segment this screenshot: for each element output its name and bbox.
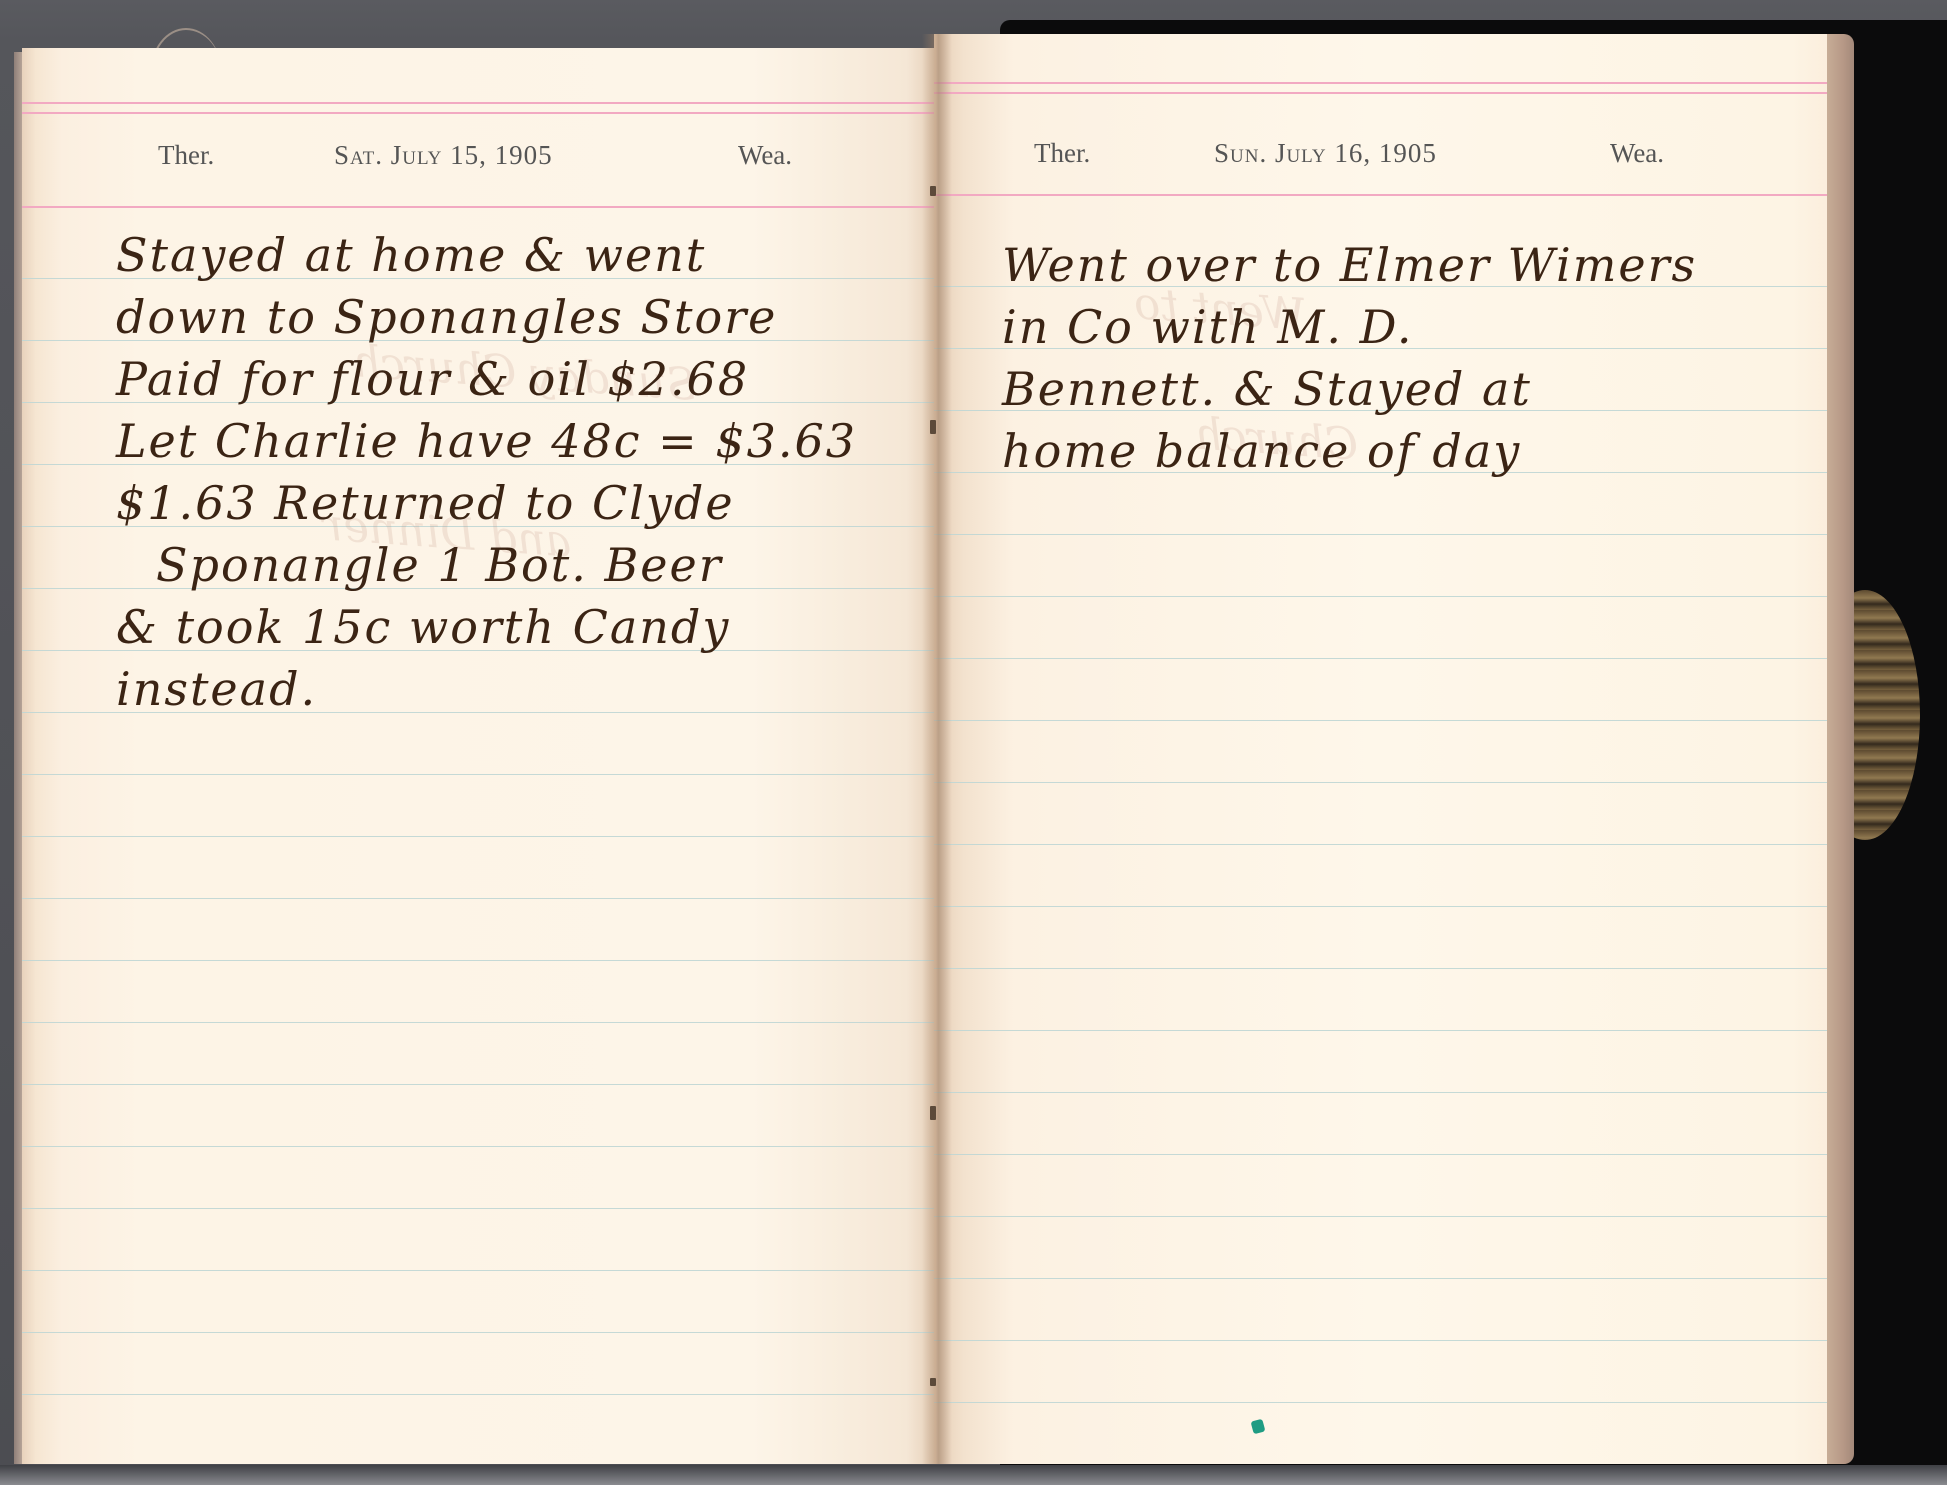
left-diary-entry: Stayed at home & went down to Sponangles… xyxy=(116,224,934,720)
right-fore-edge xyxy=(1827,34,1854,1464)
header-rule-bottom xyxy=(22,206,934,208)
entry-line: Stayed at home & went xyxy=(116,224,934,286)
binding-stitch xyxy=(930,420,936,434)
entry-line: Let Charlie have 48c = $3.63 xyxy=(116,410,934,472)
header-rule-top xyxy=(934,82,1827,84)
entry-line: home balance of day xyxy=(1002,420,1827,482)
right-diary-entry: Went over to Elmer Wimers in Co with M. … xyxy=(1002,234,1827,482)
binding-stitch xyxy=(930,186,936,196)
page-date: Sat. July 15, 1905 xyxy=(334,140,553,171)
entry-line: Went over to Elmer Wimers xyxy=(1002,234,1827,296)
scan-bottom-edge xyxy=(0,1465,1947,1485)
left-page: Ther. Sat. July 15, 1905 Wea. Sunday Chu… xyxy=(22,48,934,1464)
entry-line: $1.63 Returned to Clyde xyxy=(116,472,934,534)
page-date: Sun. July 16, 1905 xyxy=(1214,138,1437,169)
entry-line: & took 15c worth Candy xyxy=(116,596,934,658)
thermometer-label: Ther. xyxy=(1034,138,1090,169)
weather-label: Wea. xyxy=(738,140,792,171)
thermometer-label: Ther. xyxy=(158,140,214,171)
header-rule-top-2 xyxy=(934,92,1827,94)
right-page: Ther. Sun. July 16, 1905 Wea. Went to Ch… xyxy=(934,34,1827,1464)
entry-line: in Co with M. D. xyxy=(1002,296,1827,358)
entry-line: Bennett. & Stayed at xyxy=(1002,358,1827,420)
weather-label: Wea. xyxy=(1610,138,1664,169)
header-rule-top-2 xyxy=(22,112,934,114)
header-rule-top xyxy=(22,102,934,104)
book-gutter xyxy=(922,34,952,1464)
binding-stitch xyxy=(930,1106,936,1120)
left-page-header: Ther. Sat. July 15, 1905 Wea. xyxy=(22,140,934,180)
entry-line: down to Sponangles Store xyxy=(116,286,934,348)
right-page-header: Ther. Sun. July 16, 1905 Wea. xyxy=(934,138,1827,178)
entry-line: Sponangle 1 Bot. Beer xyxy=(116,534,934,596)
entry-line: instead. xyxy=(116,658,934,720)
header-rule-bottom xyxy=(934,194,1827,196)
binding-stitch xyxy=(930,1378,936,1386)
entry-line: Paid for flour & oil $2.68 xyxy=(116,348,934,410)
